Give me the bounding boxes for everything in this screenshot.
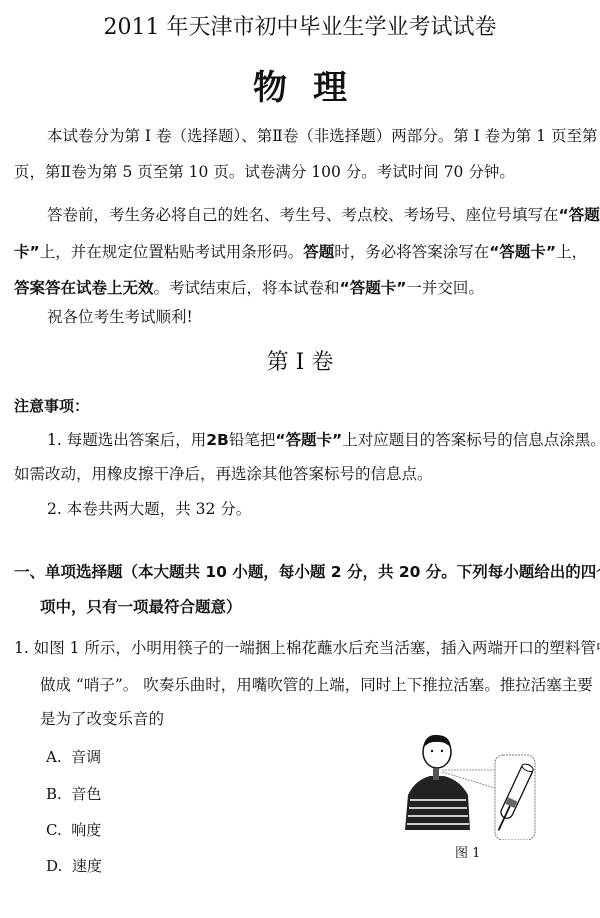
- option-text: 速度: [72, 857, 102, 875]
- subject-title: 物理: [0, 60, 600, 109]
- answer-card-term: “答题卡”: [340, 279, 407, 297]
- option-a: A. 音调: [46, 746, 101, 767]
- intro-p1-line1: 本试卷分为第 I 卷（选择题）、第Ⅱ卷（非选择题）两部分。第 I 卷为第 1 页…: [47, 124, 600, 146]
- option-d: D. 速度: [46, 855, 102, 876]
- option-text: 音色: [71, 785, 101, 803]
- answer-card-term: “答题卡”: [275, 431, 342, 449]
- answer-card-term: “答题卡”: [489, 243, 556, 261]
- option-c: C. 响度: [46, 819, 101, 840]
- note-2: 2. 本卷共两大题，共 32 分。: [47, 497, 251, 519]
- section-1-line2: 项中，只有一项最符合题意）: [40, 595, 242, 617]
- intro-p2-text: 一并交回。: [406, 279, 484, 297]
- option-label: C.: [46, 821, 62, 839]
- invalid-answer-note: 答案答在试卷上无效: [14, 279, 154, 297]
- answer-card-term: “答题: [559, 206, 600, 224]
- option-text: 音调: [71, 748, 101, 766]
- note-1-line2: 如需改动，用橡皮擦干净后，再选涂其他答案标号的信息点。: [14, 462, 433, 484]
- answer-term: 答题: [303, 243, 334, 261]
- intro-p1-line2: 页，第Ⅱ卷为第 5 页至第 10 页。试卷满分 100 分。考试时间 70 分钟…: [14, 160, 515, 182]
- intro-p2-text: 上，并在规定位置粘贴考试用条形码。: [40, 243, 304, 261]
- figure-1-caption: 图 1: [455, 842, 480, 861]
- intro-p2-text: 上，: [556, 243, 587, 261]
- option-label: B.: [46, 785, 62, 803]
- intro-p2-line3: 答案答在试卷上无效。考试结束后，将本试卷和“答题卡”一并交回。: [14, 276, 484, 298]
- intro-p2-text: 时，务必将答案涂写在: [334, 243, 489, 261]
- intro-p2-line2: 卡”上，并在规定位置粘贴考试用条形码。答题时，务必将答案涂写在“答题卡”上，: [14, 240, 587, 262]
- question-1-line3: 是为了改变乐音的: [40, 707, 164, 729]
- question-1-line1: 1. 如图 1 所示，小明用筷子的一端捆上棉花蘸水后充当活塞，插入两端开口的塑料…: [14, 636, 600, 658]
- intro-p2-text: 答卷前，考生务必将自己的姓名、考生号、考点校、考场号、座位号填写在: [47, 206, 559, 224]
- note-text: 上对应题目的答案标号的信息点涂黑。: [342, 431, 600, 449]
- boy-blowing-whistle-illustration: [400, 730, 550, 840]
- note-1-line1: 1. 每题选出答案后，用2B铅笔把“答题卡”上对应题目的答案标号的信息点涂黑。: [47, 428, 600, 450]
- intro-p2-line1: 答卷前，考生务必将自己的姓名、考生号、考点校、考场号、座位号填写在“答题: [47, 203, 600, 225]
- volume-title: 第 I 卷: [0, 345, 600, 376]
- note-text: 1. 每题选出答案后，用: [47, 431, 206, 449]
- notes-heading: 注意事项：: [14, 395, 89, 416]
- note-text: 铅笔把: [229, 431, 276, 449]
- answer-card-term: 卡”: [14, 243, 40, 261]
- intro-p2-text: 。考试结束后，将本试卷和: [154, 279, 340, 297]
- option-text: 响度: [71, 821, 101, 839]
- figure-1-boy-with-whistle: [400, 730, 550, 860]
- option-label: D.: [46, 857, 62, 875]
- option-b: B. 音色: [46, 783, 101, 804]
- section-1-line1: 一、单项选择题（本大题共 10 小题，每小题 2 分，共 20 分。下列每小题给…: [14, 560, 600, 582]
- option-label: A.: [46, 748, 62, 766]
- good-luck-text: 祝各位考生考试顺利!: [47, 305, 193, 327]
- exam-title: 2011 年天津市初中毕业生学业考试试卷: [0, 10, 600, 41]
- question-1-line2: 做成 “哨子”。 吹奏乐曲时，用嘴吹管的上端，同时上下推拉活塞。推拉活塞主要: [40, 673, 593, 695]
- pencil-type: 2B: [206, 431, 229, 449]
